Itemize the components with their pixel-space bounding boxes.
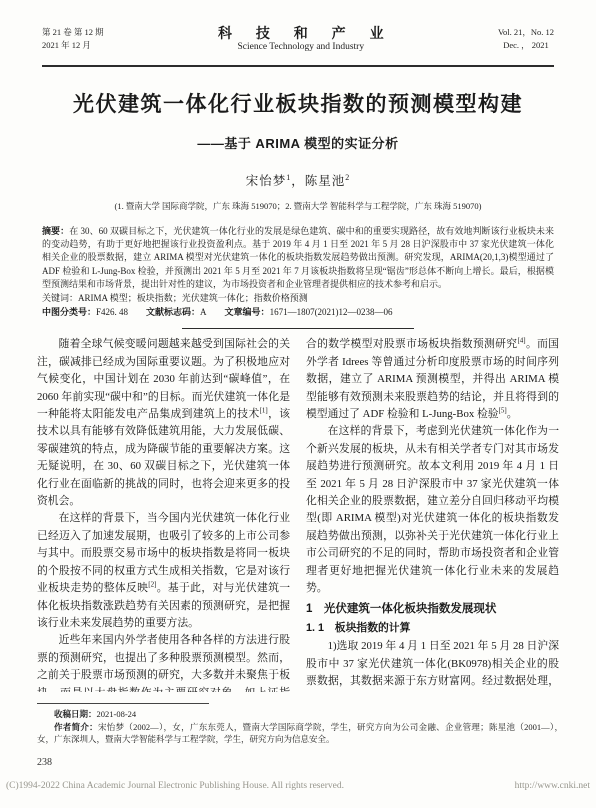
article-id-label: 文章编号： <box>225 307 270 317</box>
article-id-item: 文章编号：1671—1807(2021)12—0238—06 <box>225 306 393 319</box>
received-date-label: 收稿日期： <box>54 709 97 719</box>
author-2-affil-mark: 2 <box>345 173 350 182</box>
authors-line: 宋怡梦1，陈星池2 <box>0 171 596 189</box>
copyright-text: (C)1994-2022 China Academic Journal Elec… <box>6 781 344 791</box>
keywords-line: 关键词：ARIMA 模型；板块指数；光伏建筑一体化；指数价格预测 <box>42 292 554 305</box>
journal-title-en: Science Technology and Industry <box>104 41 498 54</box>
footnote-block: 收稿日期：2021-08-24 作者简介：宋怡梦（2002—），女，广东东莞人，… <box>37 703 563 746</box>
issue-info-cn: 第 21 卷 第 12 期 2021 年 12 月 <box>42 26 104 52</box>
issue-info-en: Vol. 21，No. 12 Dec. ， 2021 <box>498 26 554 52</box>
page-number: 238 <box>37 757 52 768</box>
keywords-text: ARIMA 模型；板块指数；光伏建筑一体化；指数价格预测 <box>78 293 308 303</box>
issue-volume-en: Vol. 21，No. 12 <box>498 26 554 39</box>
issue-volume-cn: 第 21 卷 第 12 期 <box>42 26 104 39</box>
paragraph: 在这样的背景下，当今国内光伏建筑一体化行业已经迈入了加速发展期，也吸引了较多的上… <box>37 510 290 632</box>
paragraph: 1)选取 2019 年 4 月 1 日至 2021 年 5 月 28 日沪深股市… <box>306 638 559 692</box>
paragraph: 随着全球气候变暖问题越来越受到国际社会的关注，碳减排已经成为国际重要议题。为了积… <box>37 336 290 510</box>
author-separator: ， <box>291 174 305 188</box>
citation-ref-1: [1] <box>260 406 268 414</box>
section-heading-1-1: 1. 1 板块指数的计算 <box>306 620 559 637</box>
citation-ref-4: [4] <box>517 337 525 345</box>
article-title: 光伏建筑一体化行业板块指数的预测模型构建 <box>30 92 566 118</box>
received-date-line: 收稿日期：2021-08-24 <box>37 708 563 721</box>
journal-title-block: 科 技 和 产 业 Science Technology and Industr… <box>104 26 498 54</box>
cnki-url: http://www.cnki.net <box>515 781 590 791</box>
author-2: 陈星池 <box>305 174 346 188</box>
right-column: 合的数学模型对股票市场板块指数预测研究[4]。而国外学者 Idrees 等曾通过… <box>306 336 559 692</box>
paragraph: 近些年来国内外学者使用各种各样的方法进行股票的预测研究，也提出了多种股票预测模型… <box>37 632 290 692</box>
copyright-line: (C)1994-2022 China Academic Journal Elec… <box>6 781 590 791</box>
paragraph-text: 随着全球气候变暖问题越来越受到国际社会的关注，碳减排已经成为国际重要议题。为了积… <box>37 338 290 420</box>
article-id-value: 1671—1807(2021)12—0238—06 <box>270 307 393 317</box>
abstract-block: 摘要：在 30、60 双碳目标之下，光伏建筑一体化行业的发展是绿色建筑、碳中和的… <box>42 225 554 291</box>
section-divider <box>182 328 414 329</box>
doc-code-item: 文献标志码：A <box>146 306 207 319</box>
clc-label: 中图分类号： <box>42 307 96 317</box>
paragraph-text: ，该技术以具有能够有效降低建筑用能，大力发展低碳、零碳建筑的特点，成为降碳节能的… <box>37 408 290 507</box>
paragraph-text: 近些年来国内外学者使用各种各样的方法进行股票的预测研究，也提出了多种股票预测模型… <box>37 634 290 692</box>
doc-code-label: 文献标志码： <box>146 307 200 317</box>
article-subtitle: ——基于 ARIMA 模型的实证分析 <box>0 133 596 152</box>
paragraph-text: 。 <box>507 408 518 420</box>
paragraph-text: 合的数学模型对股票市场板块指数预测研究 <box>306 338 517 350</box>
paragraph-text: 在这样的背景下，考虑到光伏建筑一体化作为一个新兴发展的板块，从未有相关学者专门对… <box>306 425 559 594</box>
author-1: 宋怡梦 <box>246 174 287 188</box>
author-bio-label: 作者简介： <box>54 722 98 732</box>
body-columns: 随着全球气候变暖问题越来越受到国际社会的关注，碳减排已经成为国际重要议题。为了积… <box>37 336 559 692</box>
abstract-text: 在 30、60 双碳目标之下，光伏建筑一体化行业的发展是绿色建筑、碳中和的重要实… <box>42 226 554 289</box>
author-bio-text: 宋怡梦（2002—），女，广东东莞人，暨南大学国际商学院，学生，研究方向为公司金… <box>37 722 563 745</box>
doc-code-value: A <box>200 307 207 317</box>
affiliation-line: (1. 暨南大学 国际商学院，广东 珠海 519070；2. 暨南大学 智能科学… <box>0 200 596 212</box>
classification-line: 中图分类号：F426. 48 文献标志码：A 文章编号：1671—1807(20… <box>42 306 554 319</box>
journal-title-cn: 科 技 和 产 业 <box>114 26 498 41</box>
section-heading-1: 1 光伏建筑一体化板块指数发展现状 <box>306 601 559 618</box>
paragraph: 在这样的背景下，考虑到光伏建筑一体化作为一个新兴发展的板块，从未有相关学者专门对… <box>306 423 559 597</box>
abstract-label: 摘要： <box>42 226 69 236</box>
keywords-label: 关键词： <box>42 293 78 303</box>
paragraph-text: 1)选取 2019 年 4 月 1 日至 2021 年 5 月 28 日沪深股市… <box>306 640 559 692</box>
clc-item: 中图分类号：F426. 48 <box>42 306 128 319</box>
left-column: 随着全球气候变暖问题越来越受到国际社会的关注，碳减排已经成为国际重要议题。为了积… <box>37 336 290 692</box>
citation-ref-5: [5] <box>499 406 507 414</box>
issue-date-en: Dec. ， 2021 <box>498 39 554 52</box>
received-date-value: 2021-08-24 <box>97 709 137 719</box>
issue-date-cn: 2021 年 12 月 <box>42 39 104 52</box>
paragraph: 合的数学模型对股票市场板块指数预测研究[4]。而国外学者 Idrees 等曾通过… <box>306 336 559 423</box>
journal-masthead: 第 21 卷 第 12 期 2021 年 12 月 科 技 和 产 业 Scie… <box>42 26 554 67</box>
clc-value: F426. 48 <box>96 307 128 317</box>
footnote-divider <box>37 703 209 704</box>
author-bio-line: 作者简介：宋怡梦（2002—），女，广东东莞人，暨南大学国际商学院，学生，研究方… <box>37 721 563 746</box>
paper-page: 第 21 卷 第 12 期 2021 年 12 月 科 技 和 产 业 Scie… <box>0 0 596 808</box>
paragraph-text: 。而国外学者 Idrees 等曾通过分析印度股票市场的时间序列数据，建立了 AR… <box>306 338 559 420</box>
